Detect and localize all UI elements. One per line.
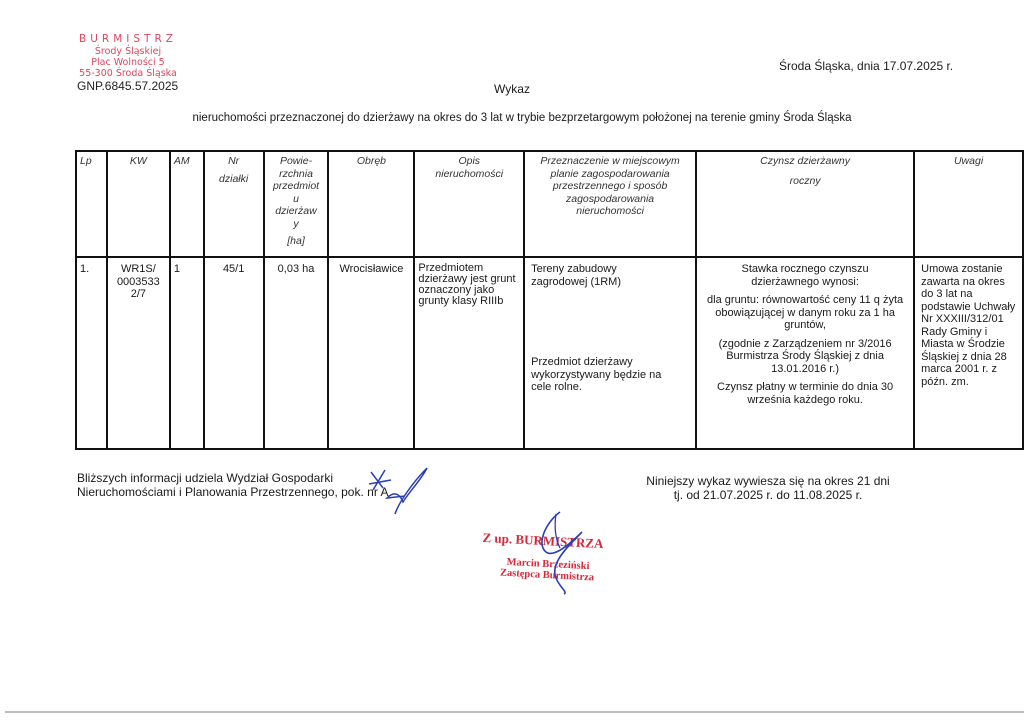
cell-kw-line3: 2/7 — [111, 288, 166, 301]
property-table: Lp KW AM Nr działki Powie- rzchnia przed… — [75, 150, 1024, 450]
cell-lp: 1. — [76, 257, 107, 449]
document-subtitle: nieruchomości przeznaczonej do dzierżawy… — [0, 112, 1024, 124]
contact-info-line1: Bliższych informacji udziela Wydział Gos… — [77, 471, 388, 485]
czynsz-rate-intro: Stawka rocznego czynszu dzierżawnego wyn… — [707, 263, 903, 288]
stamp-line-1: Środy Śląskiej — [58, 46, 198, 57]
posting-period: Niniejszy wykaz wywiesza się na okres 21… — [628, 474, 908, 502]
cell-kw-line1: WR1S/ — [111, 263, 166, 276]
cell-obreb: Wrocisławice — [328, 257, 414, 449]
header-nr-line1: Nr — [208, 155, 260, 168]
table-row: 1. WR1S/ 0003533 2/7 1 45/1 0,03 ha Wroc… — [76, 257, 1023, 449]
header-area-line6: y — [268, 218, 325, 231]
page-bottom-edge — [5, 711, 1024, 713]
header-area-line2: rzchnia — [268, 168, 325, 181]
contact-info: Bliższych informacji udziela Wydział Gos… — [77, 471, 388, 499]
stamp-line-3: 55-300 Środa Śląska — [58, 68, 198, 79]
header-lp: Lp — [76, 151, 107, 257]
header-przeznaczenie: Przeznaczenie w miejscowym planie zagosp… — [524, 151, 696, 257]
header-uwagi: Uwagi — [914, 151, 1023, 257]
header-nr-dzialki: Nr działki — [204, 151, 264, 257]
cell-przeznaczenie: Tereny zabudowy zagrodowej (1RM) Przedmi… — [524, 257, 696, 449]
header-opis: Opis nieruchomości — [414, 151, 524, 257]
deputy-mayor-stamp: Z up. BURMISTRZA Marcin Brzeziński Zastę… — [478, 533, 608, 581]
header-area-unit: [ha] — [268, 235, 325, 248]
czynsz-payment-term: Czynsz płatny w terminie do dnia 30 wrze… — [707, 381, 903, 406]
header-czynsz-line1: Czynsz dzierżawny — [700, 155, 910, 168]
place-and-date: Środa Śląska, dnia 17.07.2025 r. — [779, 59, 953, 73]
przeznaczenie-plan: Tereny zabudowy zagrodowej (1RM) — [531, 263, 661, 288]
stamp-line-2: Plac Wolności 5 — [58, 57, 198, 68]
czynsz-rate-land: dla gruntu: równowartość ceny 11 q żyta … — [707, 294, 903, 332]
cell-am: 1 — [170, 257, 204, 449]
header-area-line1: Powie- — [268, 155, 325, 168]
header-nr-line2: działki — [208, 173, 260, 186]
posting-period-line2: tj. od 21.07.2025 r. do 11.08.2025 r. — [628, 488, 908, 502]
contact-info-line2: Nieruchomościami i Planowania Przestrzen… — [77, 485, 388, 499]
document-title: Wykaz — [0, 82, 1024, 96]
posting-period-line1: Niniejszy wykaz wywiesza się na okres 21… — [628, 474, 908, 488]
cell-czynsz: Stawka rocznego czynszu dzierżawnego wyn… — [696, 257, 914, 449]
przeznaczenie-use: Przedmiot dzierżawy wykorzystywany będzi… — [531, 356, 681, 394]
header-opis-line2: nieruchomości — [418, 168, 520, 181]
header-area: Powie- rzchnia przedmiot u dzierżaw y [h… — [264, 151, 329, 257]
table-header-row: Lp KW AM Nr działki Powie- rzchnia przed… — [76, 151, 1023, 257]
stamp-on-behalf: Z up. BURMISTRZA — [478, 530, 609, 553]
header-area-line4: u — [268, 193, 325, 206]
stamp-title: BURMISTRZ — [58, 33, 198, 46]
header-area-line3: przedmiot — [268, 180, 325, 193]
header-czynsz: Czynsz dzierżawny roczny — [696, 151, 914, 257]
header-obreb: Obręb — [328, 151, 414, 257]
cell-area: 0,03 ha — [264, 257, 329, 449]
header-czynsz-line2: roczny — [700, 175, 910, 188]
cell-kw: WR1S/ 0003533 2/7 — [107, 257, 170, 449]
cell-kw-line2: 0003533 — [111, 276, 166, 289]
czynsz-regulation: (zgodnie z Zarządzeniem nr 3/2016 Burmis… — [707, 338, 903, 376]
mayor-stamp: BURMISTRZ Środy Śląskiej Plac Wolności 5… — [58, 33, 198, 79]
cell-uwagi: Umowa zostanie zawarta na okres do 3 lat… — [914, 257, 1023, 449]
header-opis-line1: Opis — [418, 155, 520, 168]
header-am: AM — [170, 151, 204, 257]
header-area-line5: dzierżaw — [268, 205, 325, 218]
cell-nr-dzialki: 45/1 — [204, 257, 264, 449]
cell-opis: Przedmiotem dzierżawy jest grunt oznaczo… — [414, 257, 524, 449]
header-kw: KW — [107, 151, 170, 257]
